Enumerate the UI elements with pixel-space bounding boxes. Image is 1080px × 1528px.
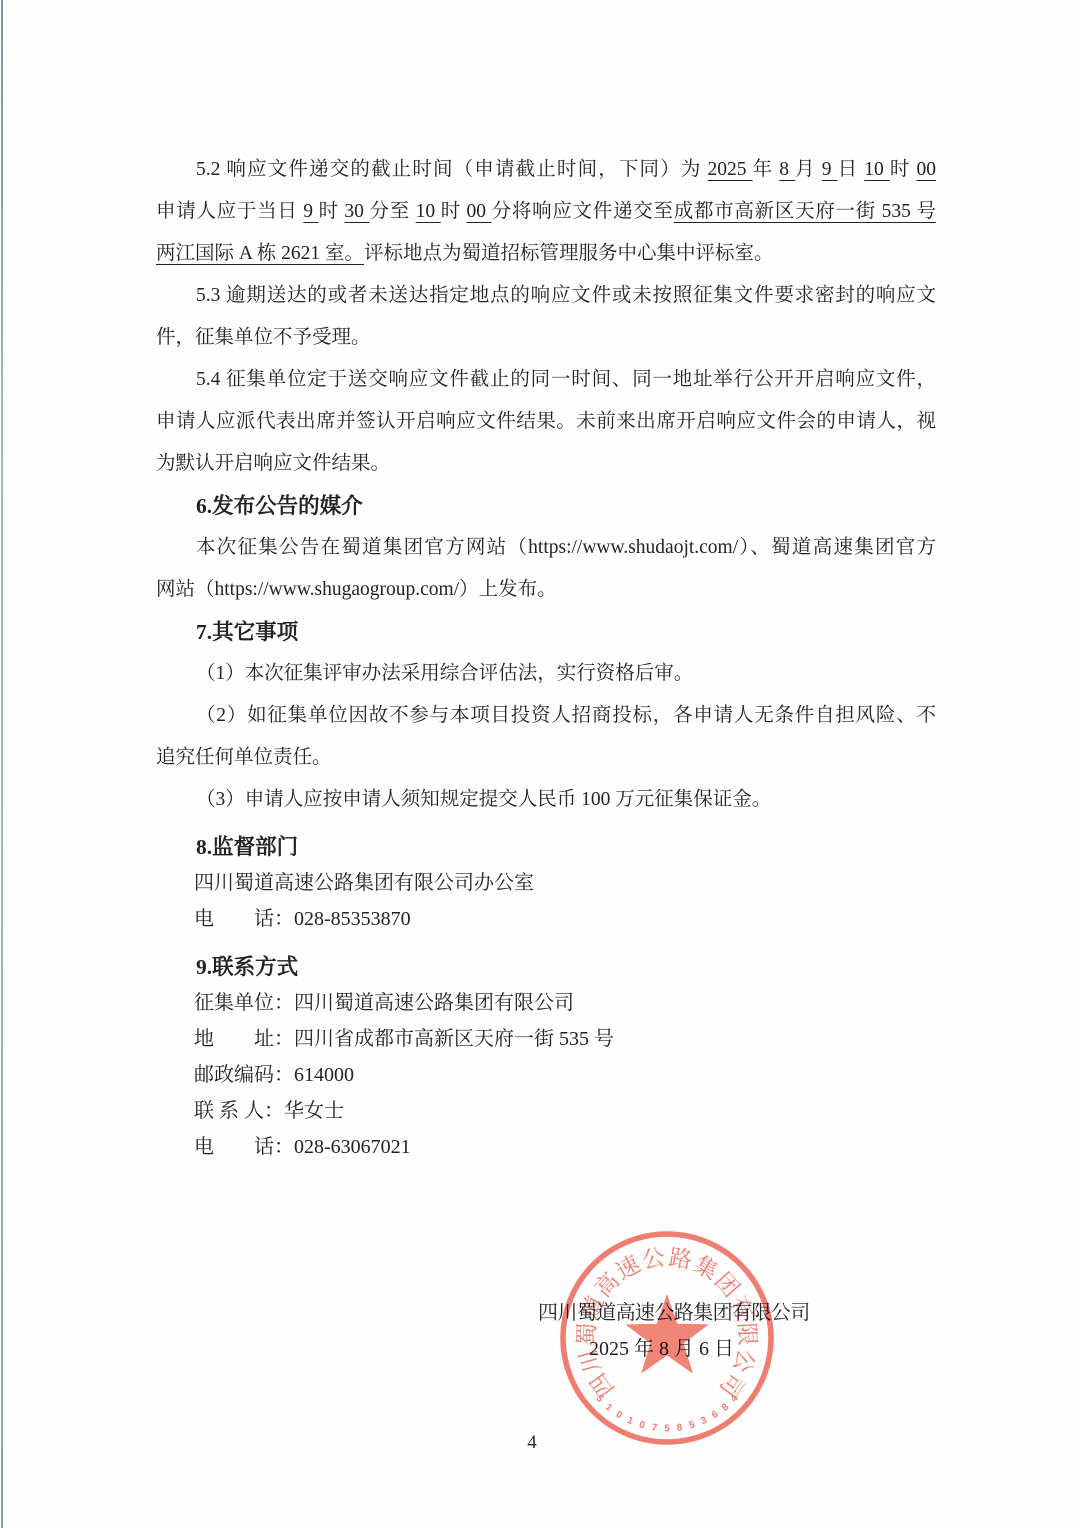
- seal-glyph: 0: [614, 1409, 625, 1422]
- text-run: 月: [795, 159, 822, 180]
- underlined-text: 成都市高新区天府一街 535 号: [674, 201, 936, 222]
- text-run: （2）如征集单位因故不参与本项目投资人招商投标，各申请人无条件自担风险、不: [196, 705, 936, 726]
- text-run: 时: [441, 201, 467, 222]
- text-line: （2）如征集单位因故不参与本项目投资人招商投标，各申请人无条件自担风险、不: [156, 695, 936, 737]
- text-run: 5.2 响应文件递交的截止时间（申请截止时间，下同）为: [196, 159, 708, 180]
- underlined-text: 30: [344, 201, 369, 222]
- text-run: 年: [753, 159, 780, 180]
- text-run: 评标地点为蜀道招标管理服务中心集中评标室。: [364, 243, 774, 264]
- text-run: 电 话：028-63067021: [194, 1136, 411, 1158]
- seal-glyph: 1: [603, 1402, 615, 1414]
- text-line: 两江国际 A 栋 2621 室。评标地点为蜀道招标管理服务中心集中评标室。: [156, 233, 936, 275]
- seal-glyph: 5: [688, 1419, 697, 1431]
- text-line: （3）申请人应按申请人须知规定提交人民币 100 万元征集保证金。: [156, 779, 936, 821]
- section-heading: 7.其它事项: [156, 611, 936, 653]
- text-run: 日: [838, 159, 865, 180]
- seal-glyph: 3: [699, 1415, 709, 1427]
- document-body: 5.2 响应文件递交的截止时间（申请截止时间，下同）为 2025 年 8 月 9…: [156, 149, 936, 1165]
- text-line: 5.3 逾期送达的或者未送达指定地点的响应文件或未按照征集文件要求密封的响应文: [156, 275, 936, 317]
- text-line: 邮政编码：614000: [156, 1057, 936, 1093]
- seal-glyph: 路: [667, 1245, 694, 1274]
- signature-company: 四川蜀道高速公路集团有限公司: [538, 1299, 810, 1327]
- text-run: 四川蜀道高速公路集团有限公司办公室: [194, 872, 534, 894]
- seal-glyph: 团: [710, 1268, 744, 1302]
- underlined-text: 2025: [708, 159, 753, 180]
- text-run: 电 话：028-85353870: [194, 908, 411, 930]
- text-run: 网站（https://www.shugaogroup.com/）上发布。: [156, 579, 557, 600]
- text-line: （1）本次征集评审办法采用综合评估法，实行资格后审。: [156, 653, 936, 695]
- text-run: 联 系 人：华女士: [194, 1100, 344, 1122]
- text-line: 电 话：028-63067021: [156, 1129, 936, 1165]
- text-line: 网站（https://www.shugaogroup.com/）上发布。: [156, 569, 936, 611]
- text-line: 联 系 人：华女士: [156, 1093, 936, 1129]
- seal-glyph: 6: [710, 1409, 721, 1422]
- seal-glyph: 司: [715, 1368, 749, 1401]
- section-heading: 9.联系方式: [156, 949, 936, 985]
- underlined-text: 00: [917, 159, 936, 180]
- page-number: 4: [522, 1432, 542, 1454]
- seal-glyph: 8: [720, 1401, 732, 1413]
- seal-glyph: 1: [625, 1415, 635, 1427]
- seal-serial-number: 5101075853684: [593, 1393, 740, 1435]
- text-run: 申请人应于当日: [156, 201, 303, 222]
- scanned-document-page: { "page": { "number": "4", "ink_color": …: [0, 0, 1080, 1528]
- underlined-text: 两江国际 A 栋 2621 室。: [156, 243, 364, 264]
- text-run: 时: [319, 201, 345, 222]
- text-run: 分至: [370, 201, 416, 222]
- seal-glyph: 集: [690, 1252, 722, 1285]
- section-heading: 6.发布公告的媒介: [156, 485, 936, 527]
- text-line: 本次征集公告在蜀道集团官方网站（https://www.shudaojt.com…: [156, 527, 936, 569]
- text-run: 时: [890, 159, 917, 180]
- text-run: 5.4 征集单位定于送交响应文件截止的同一时间、同一地址举行公开开启响应文件，: [196, 369, 936, 390]
- text-run: 为默认开启响应文件结果。: [156, 453, 390, 474]
- seal-glyph: 4: [729, 1393, 741, 1405]
- underlined-text: 9: [303, 201, 318, 222]
- underlined-text: 9: [822, 159, 838, 180]
- seal-glyph: 5: [593, 1393, 605, 1405]
- text-run: （3）申请人应按申请人须知规定提交人民币 100 万元征集保证金。: [196, 789, 771, 810]
- text-line: 征集单位：四川蜀道高速公路集团有限公司: [156, 985, 936, 1021]
- seal-glyph: 8: [676, 1422, 683, 1434]
- text-line: 5.2 响应文件递交的截止时间（申请截止时间，下同）为 2025 年 8 月 9…: [156, 149, 936, 191]
- underlined-text: 00: [467, 201, 492, 222]
- text-line: 为默认开启响应文件结果。: [156, 443, 936, 485]
- text-run: 5.3 逾期送达的或者未送达指定地点的响应文件或未按照征集文件要求密封的响应文: [196, 285, 936, 306]
- text-line: 5.4 征集单位定于送交响应文件截止的同一时间、同一地址举行公开开启响应文件，: [156, 359, 936, 401]
- seal-glyph: 5: [664, 1424, 670, 1435]
- text-line: 件，征集单位不予受理。: [156, 317, 936, 359]
- signature-date: 2025 年 8 月 6 日: [589, 1335, 734, 1363]
- text-run: 分将响应文件递交至: [492, 201, 674, 222]
- seal-glyph: 7: [651, 1422, 658, 1434]
- text-line: 电 话：028-85353870: [156, 901, 936, 937]
- text-line: 地 址：四川省成都市高新区天府一街 535 号: [156, 1021, 936, 1057]
- text-run: 本次征集公告在蜀道集团官方网站（https://www.shudaojt.com…: [196, 537, 936, 558]
- text-run: （1）本次征集评审办法采用综合评估法，实行资格后审。: [196, 663, 693, 684]
- seal-glyph: 四: [585, 1368, 619, 1401]
- text-line: 申请人应派代表出席并签认开启响应文件结果。未前来出席开启响应文件会的申请人，视: [156, 401, 936, 443]
- text-run: 地 址：四川省成都市高新区天府一街 535 号: [194, 1028, 614, 1050]
- text-run: 邮政编码：614000: [194, 1064, 354, 1086]
- text-run: 申请人应派代表出席并签认开启响应文件结果。未前来出席开启响应文件会的申请人，视: [156, 411, 936, 432]
- seal-glyph: 速: [612, 1252, 644, 1285]
- underlined-text: 8: [779, 159, 795, 180]
- underlined-text: 10: [416, 201, 441, 222]
- section-heading: 8.监督部门: [156, 829, 936, 865]
- text-run: 件，征集单位不予受理。: [156, 327, 371, 348]
- underlined-text: 10: [864, 159, 890, 180]
- text-line: 四川蜀道高速公路集团有限公司办公室: [156, 865, 936, 901]
- text-run: 征集单位：四川蜀道高速公路集团有限公司: [194, 992, 574, 1014]
- text-line: 追究任何单位责任。: [156, 737, 936, 779]
- seal-glyph: 公: [640, 1245, 667, 1274]
- text-run: 追究任何单位责任。: [156, 747, 332, 768]
- text-line: 申请人应于当日 9 时 30 分至 10 时 00 分将响应文件递交至成都市高新…: [156, 191, 936, 233]
- scan-edge-line: [1, 0, 3, 1528]
- seal-glyph: 0: [638, 1419, 647, 1431]
- seal-glyph: 高: [590, 1268, 624, 1302]
